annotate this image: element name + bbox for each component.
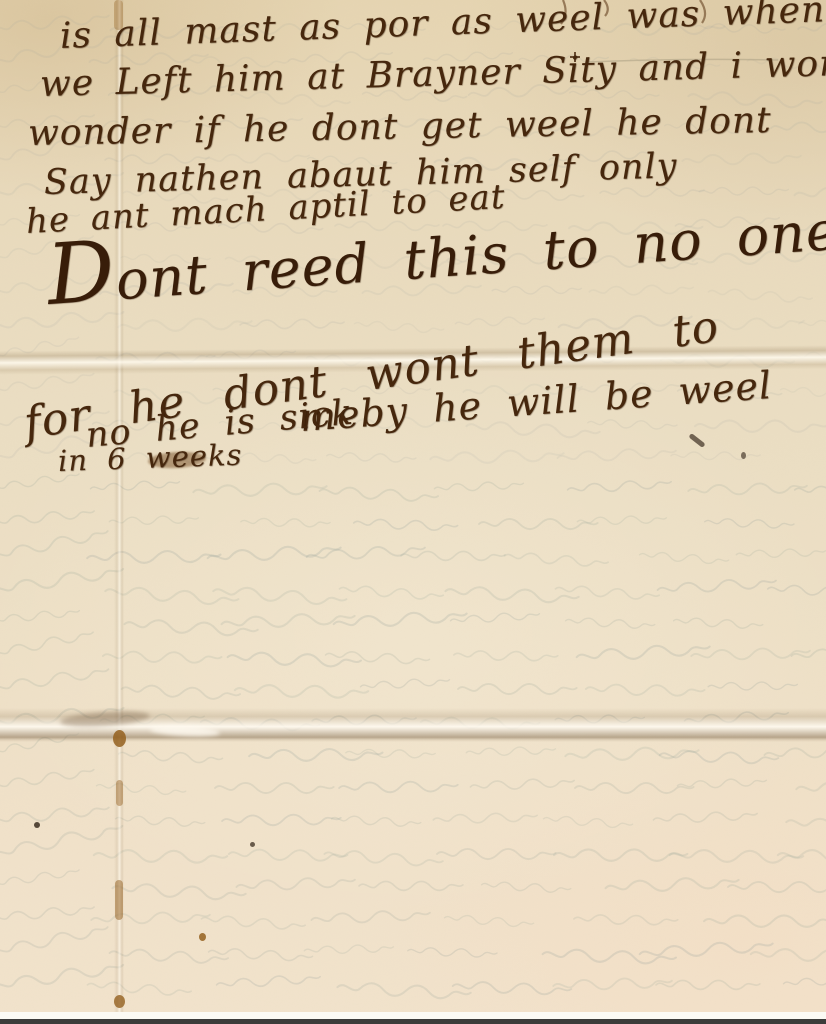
letter-page: is all mast as por as weel was when we L…	[0, 0, 826, 1024]
drop-capital-D: D	[44, 221, 119, 324]
rust-stain	[116, 780, 123, 806]
ink-smudge	[688, 433, 705, 448]
ink-fleck	[741, 452, 746, 459]
rust-stain	[113, 730, 126, 747]
scan-edge-background	[0, 1019, 826, 1024]
vertical-fold-crease	[114, 0, 124, 1024]
ink-fleck	[34, 822, 40, 828]
scan-edge-paper-rim	[0, 1012, 826, 1019]
rust-stain	[115, 880, 123, 920]
ink-fleck	[250, 842, 255, 847]
letter-line-10: in 6 weeks	[57, 438, 243, 478]
rust-stain	[114, 995, 125, 1008]
rust-speck	[199, 933, 206, 941]
